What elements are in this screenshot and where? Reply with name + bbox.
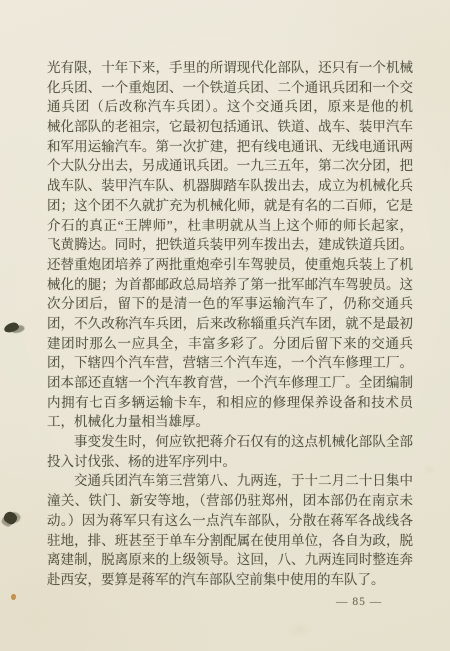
text-line: 动。）因为蒋军只有这么一点汽车部队，分散在蒋军各战线各 [47, 511, 413, 531]
ink-stain [3, 322, 20, 334]
text-line: 个大队分出去，另成通讯兵团。一九三五年，第二次分团，把 [47, 156, 413, 176]
text-line: 战车队、装甲汽车队、机器脚踏车队拨出去，成立为机械化兵 [47, 176, 413, 196]
text-line: 通兵团（后改称汽车兵团）。这个交通兵团，原来是他的机 [47, 97, 413, 117]
text-line: 内拥有七百多辆运输卡车，和相应的修理保养设备和技术员 [47, 393, 413, 413]
text-line: 光有限，十年下来，手里的所谓现代化部队，还只有一个机械 [47, 58, 413, 78]
text-line: 团；这个团不久就扩充为机械化师，就是有名的二百师，它是蒋 [47, 196, 413, 216]
text-line-paragraph-start: 事变发生时，何应钦把蒋介石仅有的这点机械化部队全部 [47, 432, 413, 452]
ink-stain [2, 510, 18, 525]
text-line: 和军用运输汽车。第一次扩建，把有线电通讯、无线电通讯两 [47, 137, 413, 157]
text-line: 械化的腿；为首都邮政总局培养了第一批军邮汽车驾驶员。这 [47, 275, 413, 295]
text-line: 潼关、铁门、新安等地，（营部仍驻郑州，团本部仍在南京未 [47, 491, 413, 511]
text-line: 介石的真正“王牌师”，杜聿明就从当上这个师的师长起家， [47, 216, 413, 236]
text-line: 械化部队的老祖宗，它最初包括通讯、铁道、战车、装甲汽车 [47, 117, 413, 137]
text-line: 团，不久改称汽车兵团，后来改称辎重兵汽车团，就不是最初 [47, 314, 413, 334]
text-line-paragraph-end: 赴西安，要算是蒋军的汽车部队空前集中使用的车队了。 [47, 570, 413, 590]
text-line: 建团时那么一应具全，丰富多彩了。分团后留下来的交通兵 [47, 334, 413, 354]
scanned-page: 光有限，十年下来，手里的所谓现代化部队，还只有一个机械 化兵团、一个重炮团、一个… [0, 0, 450, 651]
text-line: 驻地，排、班甚至于单车分割配属在使用单位，各自为政，脱 [47, 531, 413, 551]
page-number: — 85 — [336, 596, 396, 608]
text-line-paragraph-end: 投入讨伐张、杨的进军序列中。 [47, 452, 413, 472]
text-line: 团本部还直辖一个汽车教育营，一个汽车修理工厂。全团编制 [47, 373, 413, 393]
text-line: 次分团后，留下的是清一色的军事运输汽车了，仍称交通兵 [47, 294, 413, 314]
text-line-paragraph-end: 工，机械化力量相当雄厚。 [47, 412, 413, 432]
text-line: 团，下辖四个汽车营，营辖三个汽车连，一个汽车修理工厂。 [47, 353, 413, 373]
text-line-paragraph-start: 交通兵团汽车第三营第八、九两连，于十二月二十日集中到 [47, 471, 413, 491]
text-line: 还替重炮团培养了两批重炮牵引车驾驶员，使重炮兵装上了机 [47, 255, 413, 275]
text-line: 离建制，脱离原来的上级领导。这回，八、九两连同时整连奔 [47, 550, 413, 570]
text-line: 化兵团、一个重炮团、一个铁道兵团、二个通讯兵团和一个交 [47, 78, 413, 98]
text-line: 飞黄腾达。同时，把铁道兵装甲列车拨出去，建成铁道兵团。 [47, 235, 413, 255]
paper-stain-dot [11, 594, 16, 600]
page-text-block: 光有限，十年下来，手里的所谓现代化部队，还只有一个机械 化兵团、一个重炮团、一个… [47, 58, 413, 590]
